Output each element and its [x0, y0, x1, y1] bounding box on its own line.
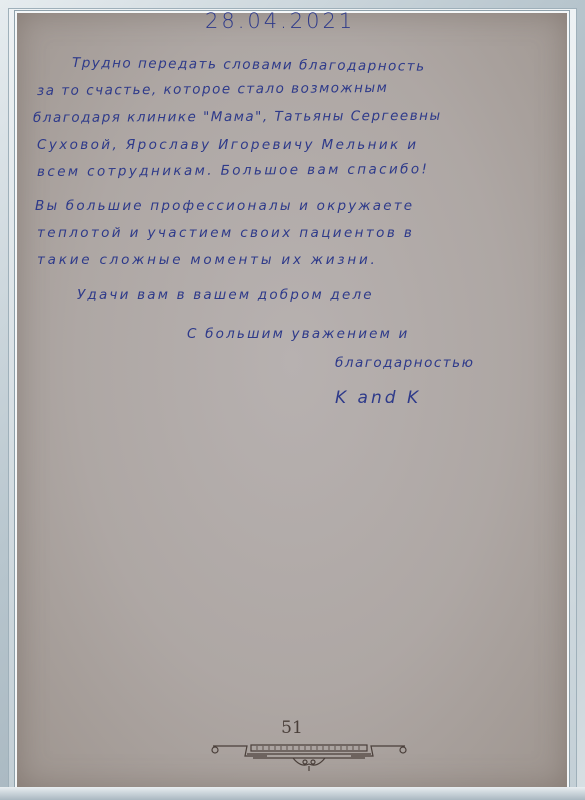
signature: K and K: [335, 388, 421, 408]
letter-line-2: за то счастье, которое стало возможным: [37, 80, 388, 99]
letter-line-4: Суховой, Ярославу Игоревичу Мельник и: [37, 137, 418, 153]
letter-line-7: теплотой и участием своих пациентов в: [37, 225, 414, 241]
letter-date: 28.04.2021: [205, 9, 355, 33]
page-number: 51: [17, 718, 567, 738]
picture-frame: 28.04.2021 Трудно передать словами благо…: [0, 0, 585, 800]
letter-line-6: Вы большие профессионалы и окружаете: [35, 198, 414, 214]
frame-bottom-edge: [0, 787, 585, 800]
letter-line-3: благодаря клинике "Мама", Татьяны Сергее…: [33, 108, 442, 126]
closing-line-2: благодарностью: [335, 355, 474, 371]
letter-line-9: Удачи вам в вашем добром деле: [77, 287, 374, 303]
letter-line-8: такие сложные моменты их жизни.: [37, 252, 378, 268]
footer-ornament-icon: [209, 740, 409, 780]
letter-line-5: всем сотрудникам. Большое вам спасибо!: [37, 161, 429, 180]
closing-line-1: С большим уважением и: [187, 326, 410, 342]
letter-page: 28.04.2021 Трудно передать словами благо…: [17, 13, 567, 787]
letter-line-1: Трудно передать словами благодарность: [72, 55, 426, 75]
